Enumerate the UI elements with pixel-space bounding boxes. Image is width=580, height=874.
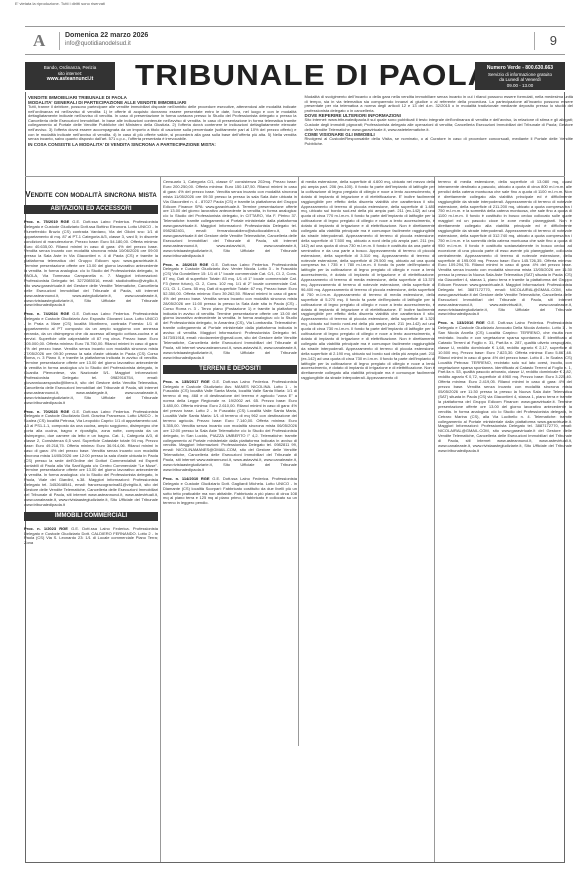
listing-item: Proc. n. 133/2016 RGE G.E. Dott.ssa Lain… <box>438 321 572 453</box>
listing-item: terreno di media estensione, della super… <box>438 180 572 317</box>
listing-item: di media estensione, della superficie di… <box>301 180 435 381</box>
intro-text-4: Rivolgersi al Custode/Responsabile della… <box>305 136 574 146</box>
listing-item: Proc. n. 114/2010 RGE G.E. Dott.ssa Lain… <box>163 477 297 506</box>
listing-item: Proc. n. 28/2015 RGE G.E. Dott.ssa Laino… <box>163 263 297 361</box>
column-divider-1 <box>160 176 161 862</box>
listing-column-1: Vendite con modalità sincrona mista ABIT… <box>24 180 158 860</box>
listing-column-4: terreno di media estensione, della super… <box>438 180 572 860</box>
logo-divider <box>59 32 60 50</box>
listing-item: Proc. n. 70/2023 RGE G.E. Dott.ssa Laino… <box>24 410 158 508</box>
toll-free-number: Numero Verde - 800.630.663 <box>487 65 553 71</box>
category-bar-abitazioni: ABITAZIONI ED ACCESSORI <box>24 205 158 214</box>
listing-item: Proc. n. 1/2023 RGE G.E. Dott.ssa Laino … <box>24 527 158 547</box>
intro-text-1: Tutti, tranne il debitore, possono parte… <box>28 104 297 141</box>
header-bottom-rule <box>25 54 565 55</box>
section-banner: Bando, Ordinanza, Perizia sito internet:… <box>25 62 565 90</box>
listing-column-3: di media estensione, della superficie di… <box>301 180 435 750</box>
copyright-notice: E' vietata la riproduzione. Tutti i diri… <box>15 1 105 6</box>
issue-date: Domenica 22 marzo 2026 <box>65 32 148 39</box>
general-conditions: VENDITE IMMOBILIARI TRIBUNALE DI PAOLA M… <box>28 95 573 173</box>
intro-text-2: Modalità di svolgimento dell'incanto o d… <box>305 94 574 113</box>
intro-heading-3: IN COSA CONSISTE LA MODALITA' DI VENDITA… <box>28 142 297 147</box>
page-title: TRIBUNALE DI PAOLA <box>135 60 491 93</box>
header-top-rule <box>25 26 565 27</box>
category-bar-commerciali: IMMOBILI COMMERCIALI <box>24 512 158 521</box>
listing-item: Proc. n. 75/2019 RGE G.E. Dott.ssa Laino… <box>24 220 158 308</box>
page-number-divider <box>534 32 535 50</box>
toll-free-line3: 09.00 - 13.00 <box>475 83 565 89</box>
section-title-sincrona-mista: Vendite con modalità sincrona mista <box>24 190 158 199</box>
intro-divider <box>25 176 565 177</box>
intro-text-3: Sito internet: www.tribunaledipaola.it s… <box>305 117 574 131</box>
page-header: A Domenica 22 marzo 2026 info@quotidiano… <box>25 30 565 53</box>
banner-info-box: Bando, Ordinanza, Perizia sito internet:… <box>25 62 115 90</box>
listing-item: Proc. n. 135/2017 RGE G.E. Dott.ssa Lain… <box>163 380 297 473</box>
listing-item: Proc. n. 74/2024 RGE G.E. Dott.ssa Laino… <box>24 312 158 405</box>
banner-website-link[interactable]: www.asteannunci.it <box>47 76 94 82</box>
contact-email[interactable]: info@quotidianodelsud.it <box>65 41 131 47</box>
toll-free-box: Numero Verde - 800.630.663 Servizio di i… <box>475 62 565 90</box>
page-number: 9 <box>550 33 557 48</box>
category-bar-terreni: TERRENI E DEPOSITI <box>163 365 297 374</box>
publisher-logo-icon: A <box>33 32 53 50</box>
column-divider-2 <box>298 176 299 746</box>
listing-column-2: Censuario 1, Categoria C/1, classe 6° co… <box>163 180 297 860</box>
listing-item: Censuario 1, Categoria C/1, classe 6° co… <box>163 180 297 259</box>
